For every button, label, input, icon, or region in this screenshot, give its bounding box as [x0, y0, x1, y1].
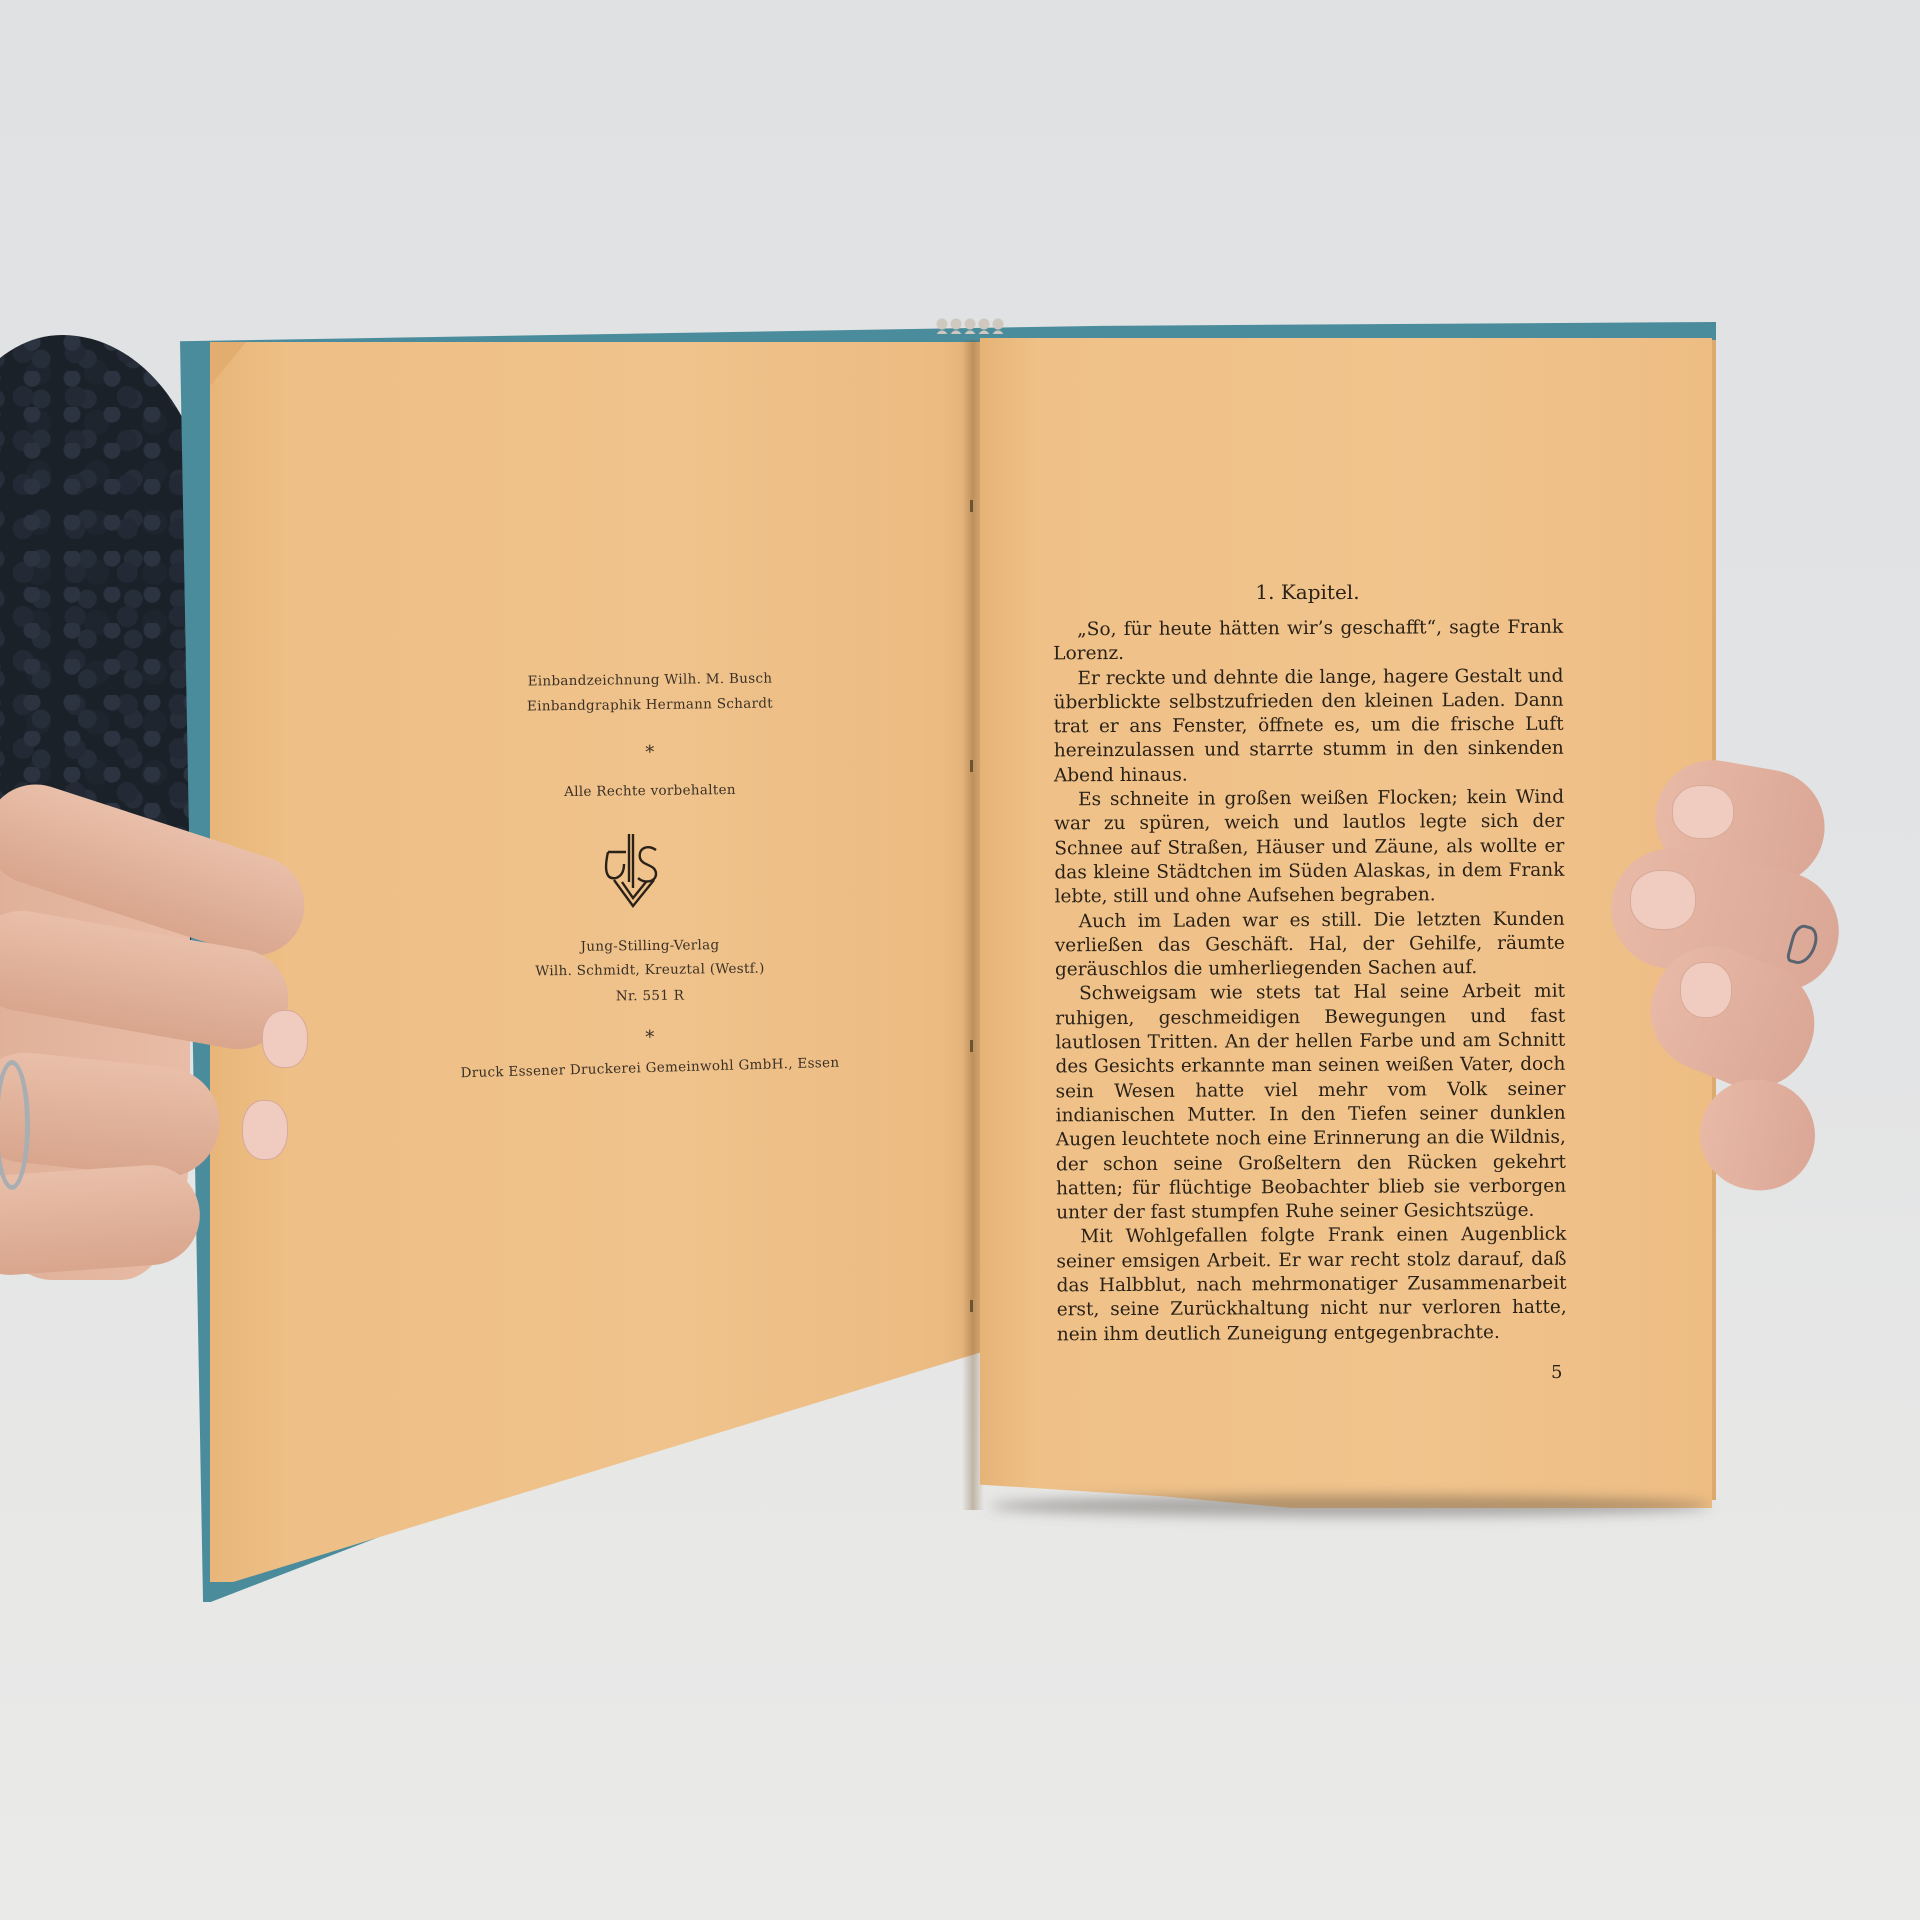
- publisher-monogram-icon: [600, 830, 666, 910]
- fingernail: [242, 1100, 288, 1160]
- frayed-spine: [935, 318, 1005, 334]
- chapter-body: „So, für heute hätten wir’s geschafft“, …: [1053, 616, 1567, 1348]
- fingernail: [1672, 785, 1734, 839]
- paragraph: Auch im Laden war es still. Die letzten …: [1055, 907, 1565, 983]
- chapter-title: 1. Kapitel.: [1055, 580, 1560, 604]
- binding-stitch: [970, 760, 973, 772]
- paragraph: Es schneite in großen weißen Flocken; ke…: [1054, 786, 1565, 910]
- fingernail: [1630, 870, 1696, 930]
- binding-stitch: [970, 1300, 973, 1312]
- left-hand-finger: [0, 1047, 225, 1183]
- left-hand-finger: [0, 1162, 203, 1278]
- fingernail: [1680, 962, 1732, 1018]
- binding-stitch: [970, 1040, 973, 1052]
- paragraph: „So, für heute hätten wir’s geschafft“, …: [1053, 616, 1563, 667]
- page-number: 5: [1551, 1362, 1562, 1383]
- paragraph: Er reckte und dehnte die lange, hagere G…: [1053, 664, 1564, 788]
- paragraph: Mit Wohlgefallen folgte Frank einen Auge…: [1056, 1223, 1567, 1347]
- paragraph: Schweigsam wie stets tat Hal seine Arbei…: [1055, 980, 1566, 1226]
- photo-scene: Einbandzeichnung Wilh. M. Busch Einbandg…: [0, 0, 1920, 1920]
- fingernail: [262, 1010, 308, 1068]
- page-shadow: [990, 1495, 1710, 1517]
- binding-stitch: [970, 500, 973, 512]
